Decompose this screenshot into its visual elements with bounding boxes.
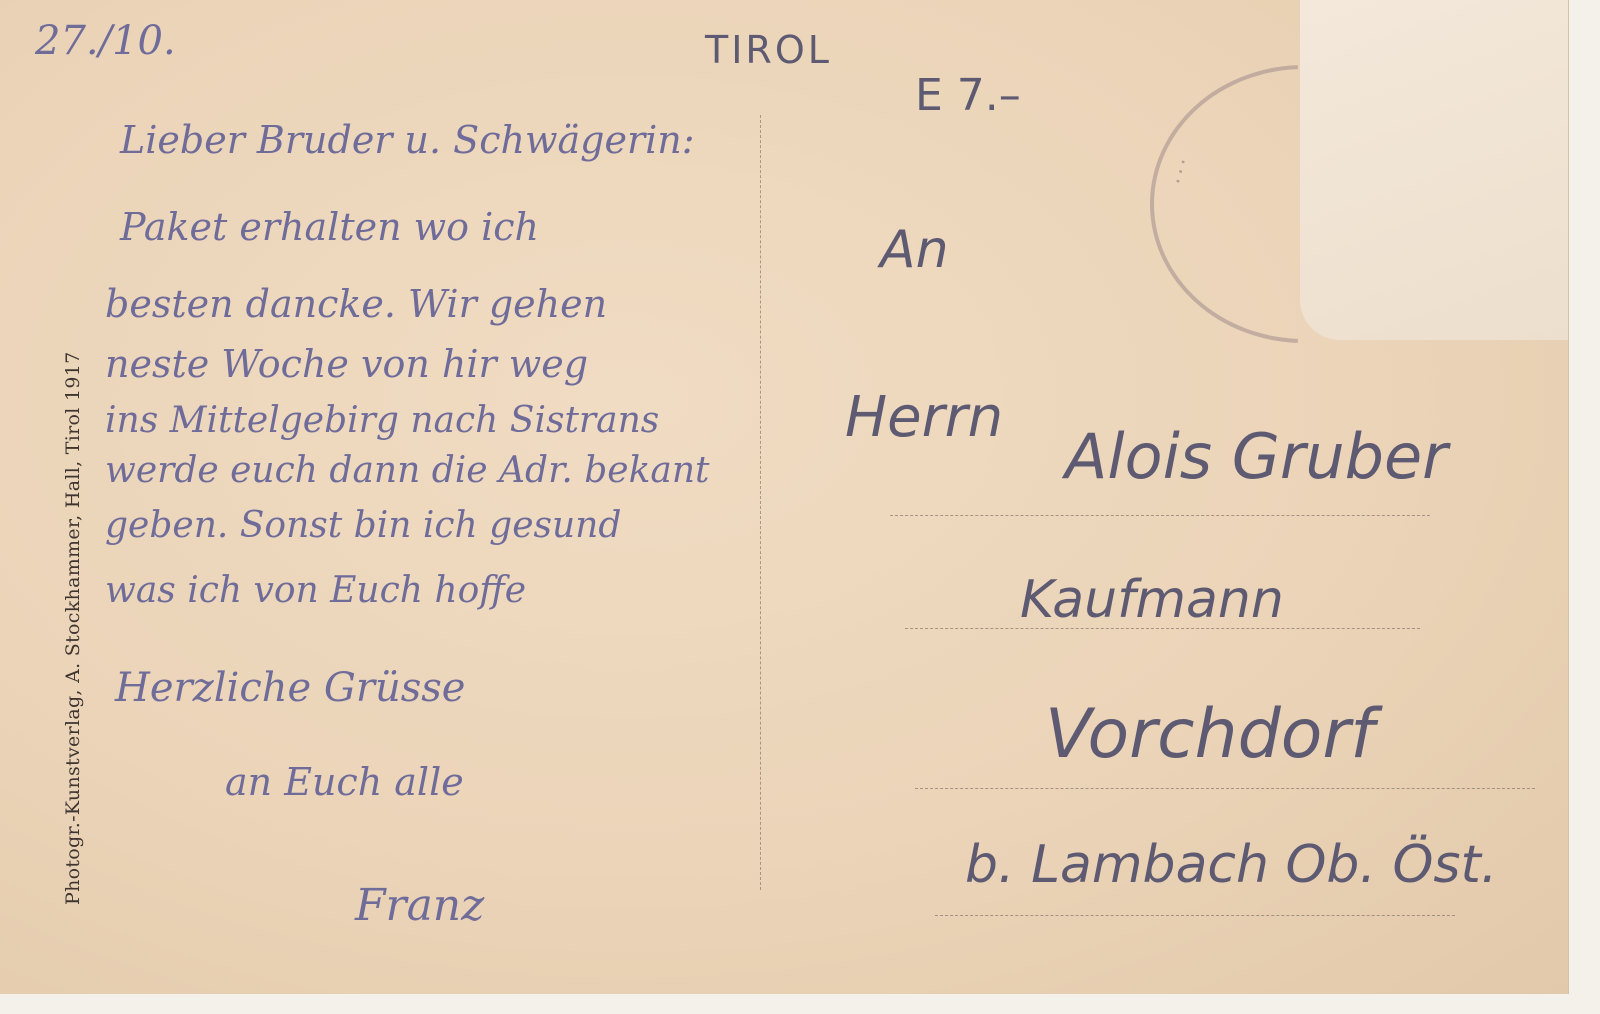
address-district: b. Lambach Ob. Öst. (965, 835, 1497, 895)
address-occupation: Kaufmann (1020, 570, 1284, 630)
message-line: Lieber Bruder u. Schwägerin: (120, 118, 695, 162)
region-note: TIROL (705, 28, 832, 72)
message-line: Paket erhalten wo ich (120, 205, 539, 249)
address-line (915, 788, 1535, 789)
signature: Franz (355, 880, 484, 931)
message-line: an Euch alle (225, 760, 464, 804)
message-line: neste Woche von hir weg (105, 342, 588, 386)
address-name: Alois Gruber (1065, 420, 1448, 493)
date-note: 27./10. (35, 18, 176, 64)
address-line (905, 628, 1420, 629)
message-line: besten dancke. Wir gehen (105, 282, 607, 326)
message-line: ins Mittelgebirg nach Sistrans (105, 400, 659, 441)
address-an: An (880, 220, 949, 280)
message-line: was ich von Euch hoffe (105, 570, 526, 611)
stamp-removed-area (1300, 0, 1568, 340)
address-line (935, 915, 1455, 916)
price-note: E 7.– (915, 70, 1021, 121)
center-divider (760, 115, 761, 890)
message-line: werde euch dann die Adr. bekant (105, 450, 710, 491)
message-line: geben. Sonst bin ich gesund (105, 505, 621, 546)
publisher-imprint: Photogr.-Kunstverlag, A. Stockhammer, Ha… (62, 351, 84, 905)
message-line: Herzliche Grüsse (115, 665, 465, 711)
address-line (890, 515, 1430, 516)
address-herrn: Herrn (845, 385, 1003, 450)
address-town: Vorchdorf (1045, 695, 1374, 774)
